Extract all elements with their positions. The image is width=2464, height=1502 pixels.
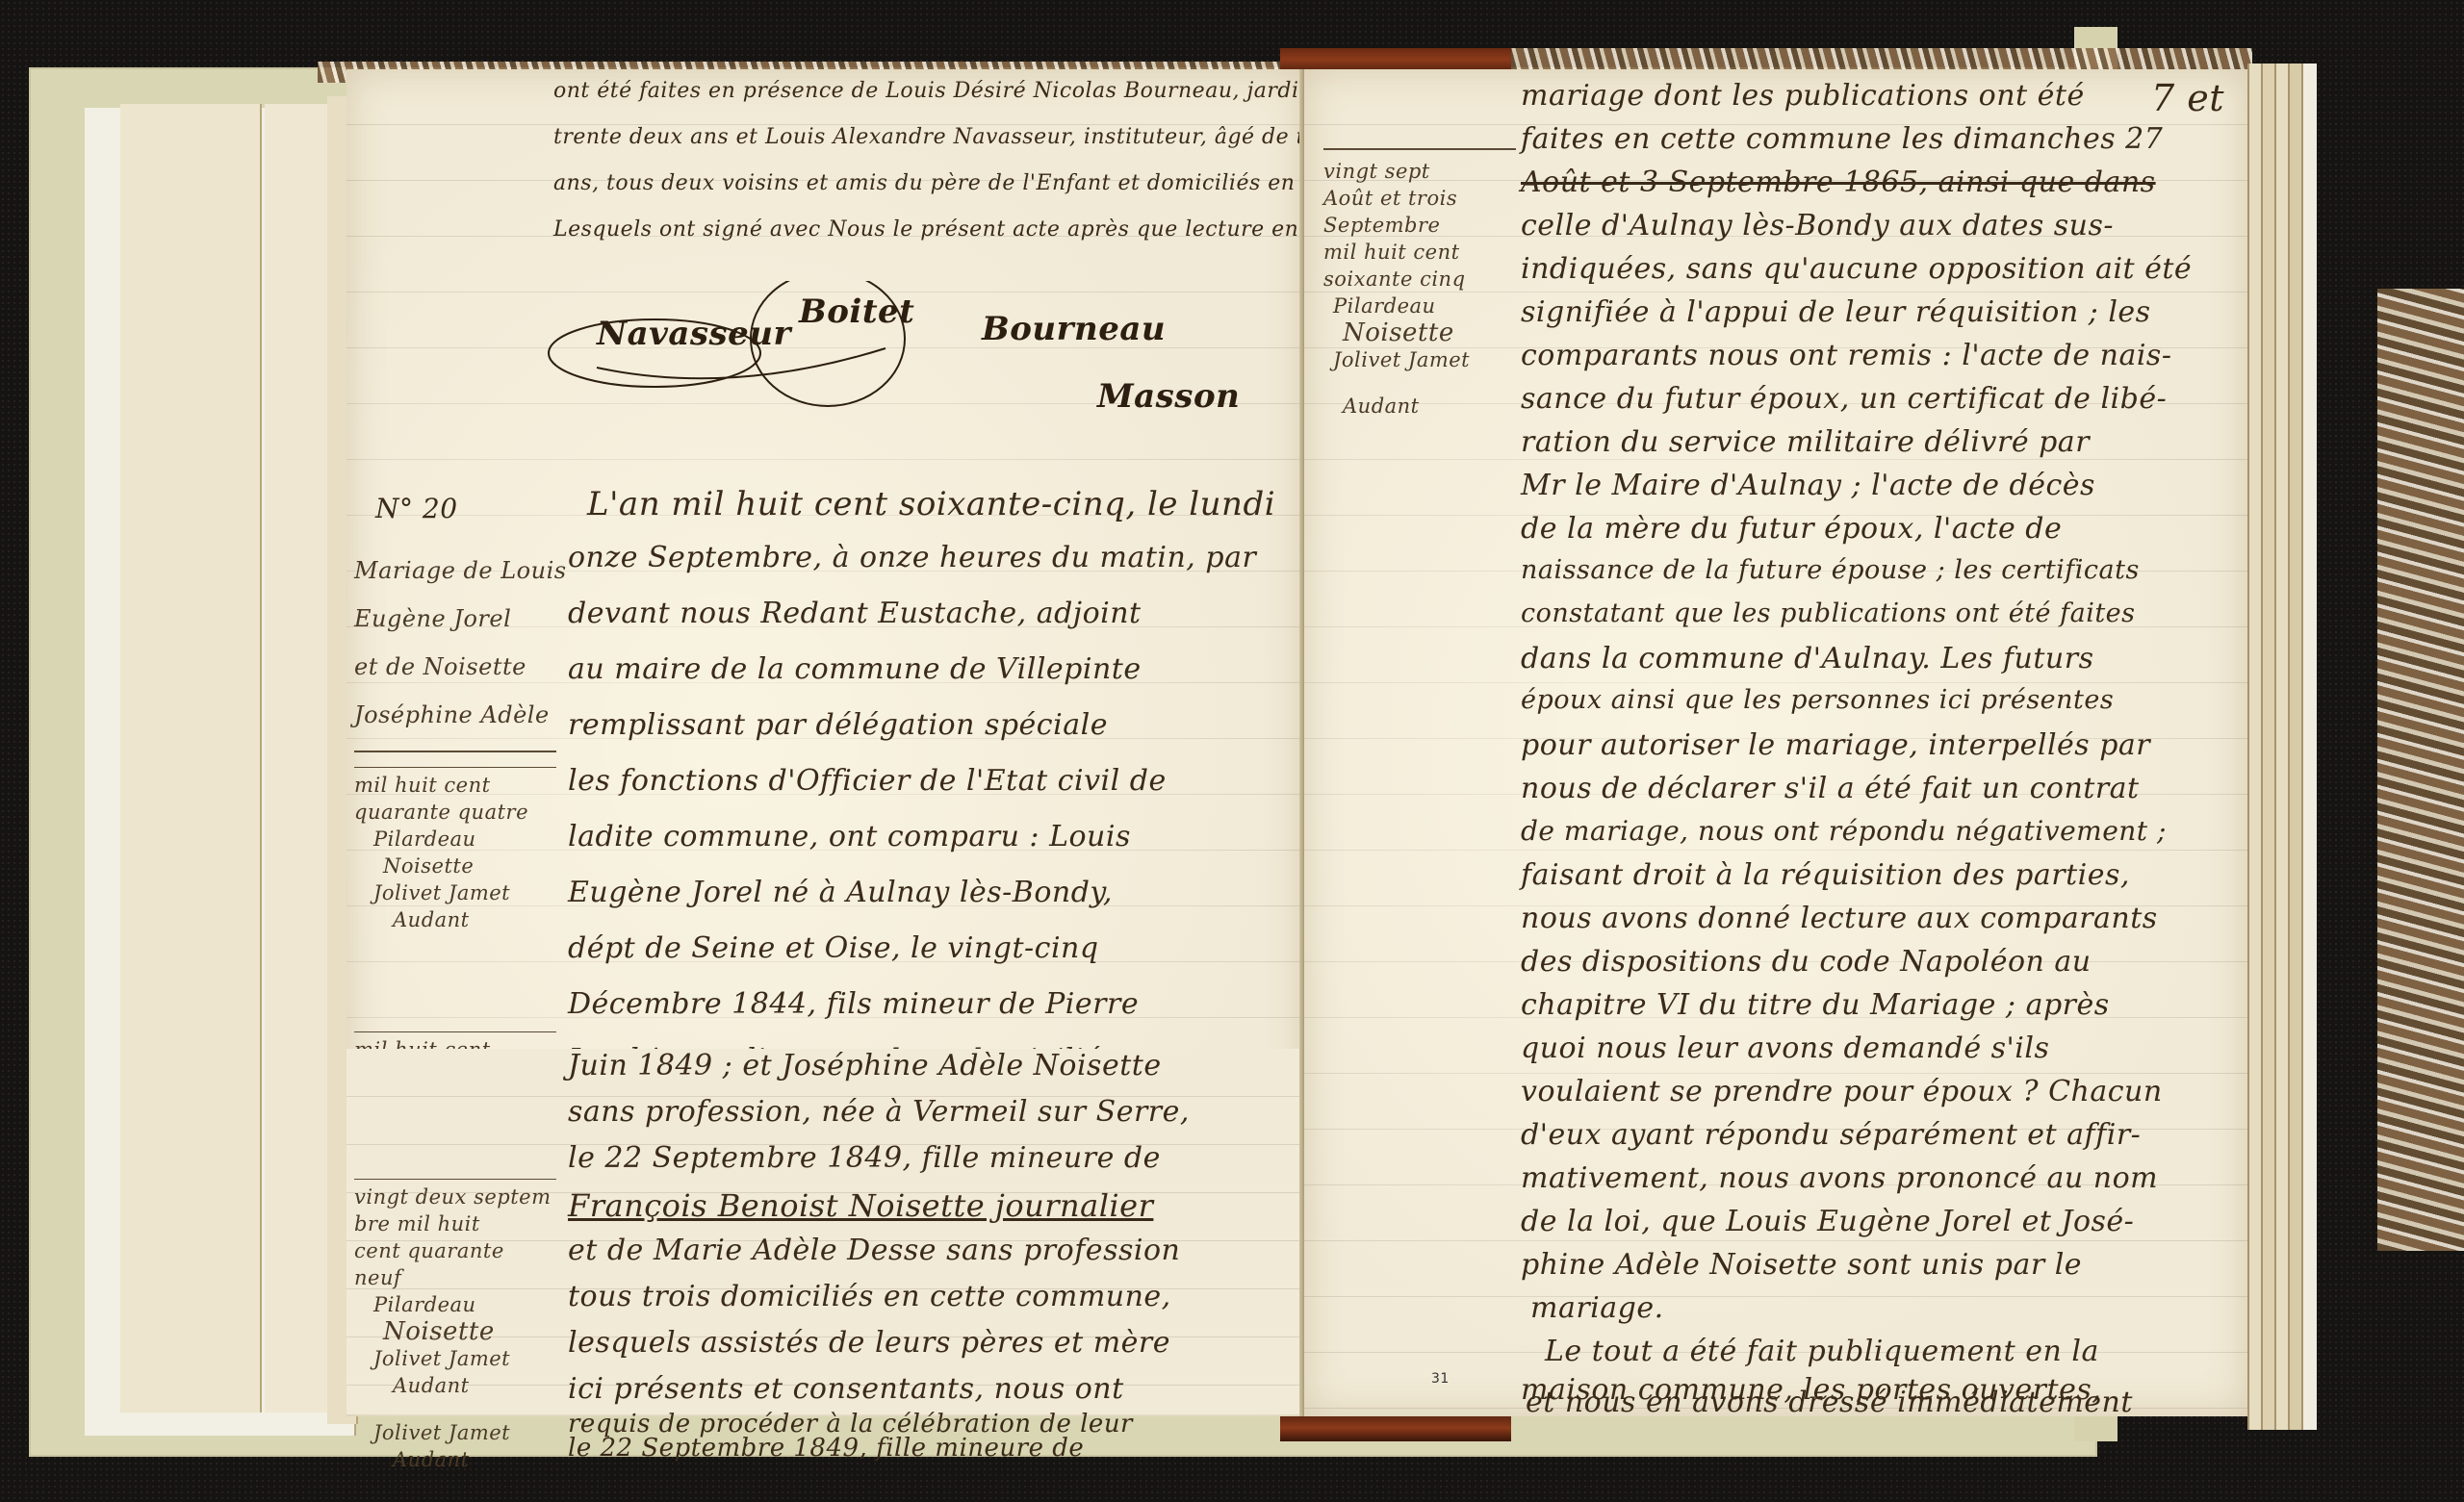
body-line: voulaient se prendre pour époux ? Chacun xyxy=(1521,1075,2163,1108)
margin-signature: Pilardeau xyxy=(354,826,528,853)
body-line: pour autoriser le mariage, interpellés p… xyxy=(1521,728,2150,762)
body-line: dépt de Seine et Oise, le vingt-cinq xyxy=(568,931,1099,965)
margin-signature: Jolivet Jamet xyxy=(354,879,528,906)
margin-signature: Audant xyxy=(354,906,528,933)
body-line: ration du service militaire délivré par xyxy=(1521,425,2090,459)
margin-note-1844: mil huit cent quarante quatre Pilardeau … xyxy=(354,772,528,933)
body-line: nous de déclarer s'il a été fait un cont… xyxy=(1521,772,2140,805)
body-line: L'an mil huit cent soixante-cinq, le lun… xyxy=(587,485,1275,523)
margin-signature: Jolivet Jamet xyxy=(354,1345,552,1372)
margin-note-line: quarante quatre xyxy=(354,799,528,826)
body-line: remplissant par délégation spéciale xyxy=(568,708,1108,742)
entry-title-line: et de Noisette xyxy=(354,643,567,691)
body-line: mariage dont les publications ont été xyxy=(1521,79,2085,113)
continuation-line: Lesquels ont signé avec Nous le présent … xyxy=(553,217,1426,242)
page-stack-right xyxy=(2247,64,2315,1430)
margin-signature: Pilardeau xyxy=(354,1291,552,1318)
divider xyxy=(354,751,556,752)
right-page: 7 et vingt sept Août et trois Septembre … xyxy=(1304,69,2247,1416)
body-line: Le tout a été fait publiquement en la xyxy=(1545,1335,2099,1368)
entry-title-line: Eugène Jorel xyxy=(354,595,567,643)
body-line: devant nous Redant Eustache, adjoint xyxy=(568,597,1142,630)
margin-signature: Audant xyxy=(354,1372,552,1399)
page-stack-edge xyxy=(120,104,262,1413)
body-line: et nous en avons dressé immédiatement xyxy=(1526,1386,2133,1419)
margin-signature: Jolivet Jamet xyxy=(354,1419,552,1446)
margin-signature: Noisette xyxy=(354,1318,552,1345)
body-line: Décembre 1844, fils mineur de Pierre xyxy=(568,987,1139,1021)
margin-note-line: neuf xyxy=(354,1264,552,1291)
margin-signature: Noisette xyxy=(354,853,528,879)
body-line: lesquels assistés de leurs pères et mère xyxy=(568,1326,1170,1360)
body-line: époux ainsi que les personnes ici présen… xyxy=(1521,685,2114,715)
margin-signature: Audant xyxy=(354,1446,552,1473)
body-line: dans la commune d'Aulnay. Les futurs xyxy=(1521,642,2093,675)
continuation-line: trente deux ans et Louis Alexandre Navas… xyxy=(553,125,1422,149)
margin-signature: Noisette xyxy=(1323,319,1470,346)
body-line: des dispositions du code Napoléon au xyxy=(1521,945,2092,979)
body-line: mativement, nous avons prononcé au nom xyxy=(1521,1161,2158,1195)
entry-number: N° 20 xyxy=(375,493,458,524)
body-line: comparants nous ont remis : l'acte de na… xyxy=(1521,339,2171,372)
body-line: Eugène Jorel né à Aulnay lès-Bondy, xyxy=(568,876,1113,909)
body-line: chapitre VI du titre du Mariage ; après xyxy=(1521,988,2110,1022)
margin-signature: Audant xyxy=(1323,393,1470,420)
body-line: sans profession, née à Vermeil sur Serre… xyxy=(568,1095,1190,1129)
leather-spine-bottom xyxy=(1280,1414,1511,1441)
marbled-cover-right xyxy=(2377,289,2464,1251)
margin-note-line: soixante cinq xyxy=(1323,266,1470,293)
body-line: naissance de la future épouse ; les cert… xyxy=(1521,555,2140,585)
signature-flourish xyxy=(539,281,1039,445)
left-page-lower: vingt deux septem bre mil huit cent quar… xyxy=(346,1049,1304,1414)
body-line: requis de procéder à la célébration de l… xyxy=(568,1410,1133,1438)
margin-signature: Pilardeau xyxy=(1323,293,1470,319)
body-line: constatant que les publications ont été … xyxy=(1521,598,2136,628)
body-line: d'eux ayant répondu séparément et affir- xyxy=(1521,1118,2141,1152)
body-line: le 22 Septembre 1849, fille mineure de xyxy=(568,1141,1161,1175)
body-line: onze Septembre, à onze heures du matin, … xyxy=(568,541,1256,574)
signature: Masson xyxy=(1097,377,1240,416)
margin-signature: Jolivet Jamet xyxy=(1323,346,1470,373)
body-line: de la mère du futur époux, l'acte de xyxy=(1521,512,2062,546)
body-line: ladite commune, ont comparu : Louis xyxy=(568,820,1131,853)
leather-spine-top xyxy=(1280,48,1511,71)
divider xyxy=(354,1031,556,1032)
body-line: nous avons donné lecture aux comparants xyxy=(1521,902,2158,935)
body-line: mariage. xyxy=(1530,1291,1664,1325)
margin-note-line: vingt deux septem xyxy=(354,1184,552,1210)
divider xyxy=(354,767,556,768)
folio-number: 7 et xyxy=(2151,77,2224,119)
body-line: Août et 3 Septembre 1865, ainsi que dans xyxy=(1521,165,2156,199)
entry-title-line: Joséphine Adèle xyxy=(354,691,567,739)
margin-note-line: mil huit cent xyxy=(1323,239,1470,266)
margin-note-1865: vingt sept Août et trois Septembre mil h… xyxy=(1323,158,1470,420)
body-line: les fonctions d'Officier de l'Etat civil… xyxy=(568,764,1167,798)
body-line: signifiée à l'appui de leur réquisition … xyxy=(1521,295,2151,329)
entry-title-line: Mariage de Louis xyxy=(354,547,567,595)
body-line: de mariage, nous ont répondu négativemen… xyxy=(1521,815,2167,847)
body-line: faisant droit à la réquisition des parti… xyxy=(1521,858,2130,892)
margin-note-line: Août et trois xyxy=(1323,185,1470,212)
body-line: et de Marie Adèle Desse sans profession xyxy=(568,1234,1180,1267)
body-line: ici présents et consentants, nous ont xyxy=(568,1372,1124,1406)
body-line: Juin 1849 ; et Joséphine Adèle Noisette xyxy=(568,1049,1162,1082)
divider xyxy=(354,1179,556,1180)
margin-note-line: Septembre xyxy=(1323,212,1470,239)
body-line: sance du futur époux, un certificat de l… xyxy=(1521,382,2167,416)
page-number: 31 xyxy=(1431,1371,1450,1387)
divider xyxy=(1323,148,1516,150)
margin-note-22-sept-1849: vingt deux septem bre mil huit cent quar… xyxy=(354,1184,552,1399)
body-line: François Benoist Noisette journalier xyxy=(568,1187,1153,1224)
margin-note-line: vingt sept xyxy=(1323,158,1470,185)
body-line: tous trois domiciliés en cette commune, xyxy=(568,1280,1171,1313)
body-line: de la loi, que Louis Eugène Jorel et Jos… xyxy=(1521,1205,2134,1238)
entry-title: Mariage de Louis Eugène Jorel et de Nois… xyxy=(354,547,567,739)
body-line: Mr le Maire d'Aulnay ; l'acte de décès xyxy=(1521,469,2095,502)
body-line: au maire de la commune de Villepinte xyxy=(568,652,1142,686)
marbled-cover-top-right xyxy=(1511,48,2252,69)
body-line: quoi nous leur avons demandé s'ils xyxy=(1521,1031,2049,1065)
body-line: phine Adèle Noisette sont unis par le xyxy=(1521,1248,2082,1282)
margin-note-line: bre mil huit xyxy=(354,1210,552,1237)
body-line: celle d'Aulnay lès-Bondy aux dates sus- xyxy=(1521,209,2114,242)
body-line: faites en cette commune les dimanches 27 xyxy=(1521,122,2163,156)
margin-note-line: mil huit cent xyxy=(354,772,528,799)
margin-note-line: cent quarante xyxy=(354,1237,552,1264)
body-line: indiquées, sans qu'aucune opposition ait… xyxy=(1521,252,2192,286)
